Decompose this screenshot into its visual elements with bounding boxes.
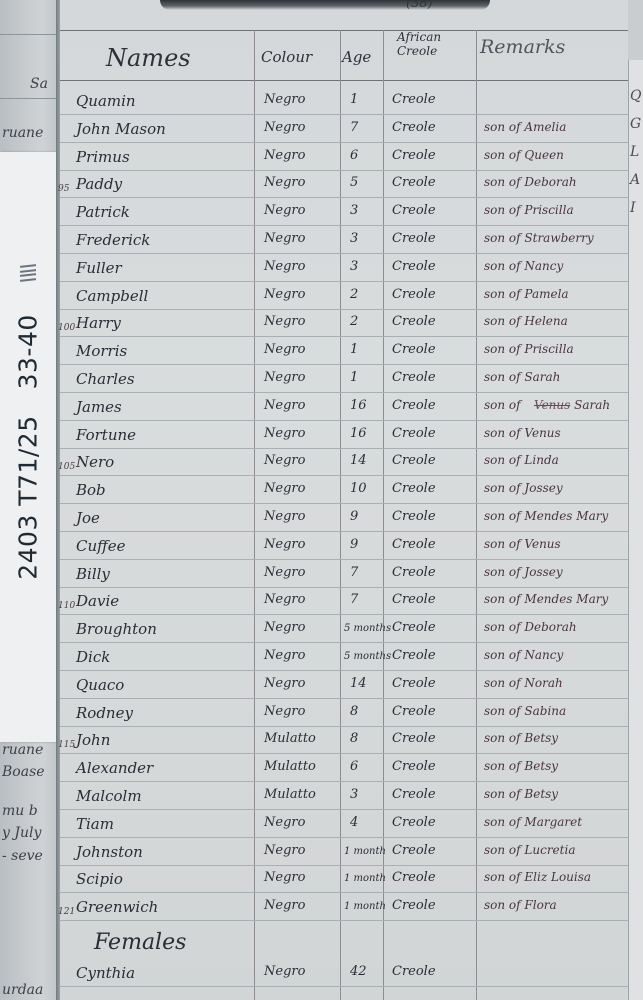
table-row: JohnstonNegro1 monthCreoleson of Lucreti… (60, 843, 628, 868)
table-row: 95PaddyNegro5Creoleson of Deborah (60, 175, 628, 200)
cell-remarks: son of Lucretia (484, 843, 575, 857)
cell-name: Quamin (76, 92, 136, 110)
cell-colour: Negro (264, 704, 305, 719)
cell-remarks: son of Eliz Louisa (484, 870, 591, 884)
cell-remarks: son of Nancy (484, 259, 563, 273)
cell-colour: Negro (264, 964, 305, 979)
cell-age: 3 (350, 231, 358, 246)
row-rule (60, 986, 628, 987)
section-heading-females: Females (94, 930, 186, 955)
table-row: DickNegro5 monthsCreoleson of Nancy (60, 648, 628, 673)
cell-remarks: son of Strawberry (484, 231, 594, 245)
table-row: CynthiaNegro42Creole (60, 964, 628, 989)
cell-name: Fortune (76, 426, 136, 444)
row-number: 110 (58, 601, 75, 611)
row-rule (60, 253, 628, 254)
cell-remarks: son of Pamela (484, 287, 569, 301)
table-row: PrimusNegro6Creoleson of Queen (60, 148, 628, 173)
cell-colour: Negro (264, 92, 305, 107)
cell-age: 1 month (344, 901, 386, 912)
cell-origin: Creole (392, 287, 436, 302)
cell-age: 14 (350, 676, 367, 691)
facing-right-page-edge: Q G L A I (628, 60, 643, 1000)
cell-age: 1 (350, 370, 358, 385)
cell-origin: Creole (392, 537, 436, 552)
row-rule (60, 726, 628, 727)
cell-origin: Creole (392, 426, 436, 441)
row-rule (60, 809, 628, 810)
row-rule (60, 170, 628, 171)
cell-colour: Negro (264, 592, 305, 607)
cell-remarks: son of Norah (484, 676, 563, 690)
cell-origin: Creole (392, 314, 436, 329)
cell-colour: Negro (264, 676, 305, 691)
header-colour: Colour (261, 48, 312, 66)
cell-colour: Negro (264, 370, 305, 385)
cell-origin: Creole (392, 964, 436, 979)
cell-colour: Negro (264, 481, 305, 496)
left-page-fragment: urdaa (2, 982, 56, 998)
cell-name: Malcolm (76, 787, 142, 805)
row-number: 95 (58, 184, 69, 194)
cell-name: Cuffee (76, 537, 126, 555)
cell-name: Quaco (76, 676, 124, 694)
cell-age: 5 (350, 175, 358, 190)
archive-reference-strip: 2403 T71/2533-40 (0, 152, 56, 742)
table-row: BillyNegro7Creoleson of Jossey (60, 565, 628, 590)
cell-name: Joe (76, 509, 100, 527)
tally-marks-icon (20, 262, 40, 283)
row-rule (60, 865, 628, 866)
cell-origin: Creole (392, 731, 436, 746)
cell-colour: Negro (264, 231, 305, 246)
cell-name: Harry (76, 314, 121, 332)
cell-name: Broughton (76, 620, 157, 638)
cell-origin: Creole (392, 704, 436, 719)
archive-reference-range: 33-40 (14, 314, 43, 389)
cell-colour: Negro (264, 870, 305, 885)
cell-origin: Creole (392, 398, 436, 413)
cell-name: Morris (76, 342, 127, 360)
cell-name: Dick (76, 648, 110, 666)
right-page-fragment: I (630, 200, 636, 216)
table-row: BobNegro10Creoleson of Jossey (60, 481, 628, 506)
cell-age: 6 (350, 759, 358, 774)
row-rule (60, 475, 628, 476)
table-row: FortuneNegro16Creoleson of Venus (60, 426, 628, 451)
cell-name: James (76, 398, 122, 416)
cell-age: 5 months (344, 623, 391, 634)
cell-remarks: son of Margaret (484, 815, 582, 829)
cell-age: 42 (350, 964, 367, 979)
cell-colour: Negro (264, 537, 305, 552)
row-rule (60, 448, 628, 449)
cell-origin: Creole (392, 648, 436, 663)
table-row: QuacoNegro14Creoleson of Norah (60, 676, 628, 701)
row-number: 115 (58, 740, 75, 750)
cell-name: Paddy (76, 175, 122, 193)
cell-colour: Negro (264, 342, 305, 357)
cell-age: 1 month (344, 873, 386, 884)
cell-origin: Creole (392, 203, 436, 218)
table-row: CharlesNegro1Creoleson of Sarah (60, 370, 628, 395)
cell-origin: Creole (392, 481, 436, 496)
row-rule (60, 753, 628, 754)
cell-name: Primus (76, 148, 130, 166)
row-rule (60, 559, 628, 560)
row-rule (60, 503, 628, 504)
row-rule (60, 114, 628, 115)
cell-colour: Mulatto (264, 731, 316, 746)
table-row: PatrickNegro3Creoleson of Priscilla (60, 203, 628, 228)
cell-origin: Creole (392, 843, 436, 858)
table-row: 115JohnMulatto8Creoleson of Betsy (60, 731, 628, 756)
row-rule (60, 837, 628, 838)
cell-age: 14 (350, 453, 367, 468)
row-rule (60, 920, 628, 921)
table-row: ScipioNegro1 monthCreoleson of Eliz Loui… (60, 870, 628, 895)
cell-colour: Negro (264, 426, 305, 441)
row-rule (60, 420, 628, 421)
cell-remarks: son of Mendes Mary (484, 509, 608, 523)
cell-name: Frederick (76, 231, 150, 249)
cell-age: 8 (350, 704, 358, 719)
row-number: 121 (58, 907, 75, 917)
cell-name: Davie (76, 592, 119, 610)
cell-name: Bob (76, 481, 106, 499)
table-row: MalcolmMulatto3Creoleson of Betsy (60, 787, 628, 812)
cell-origin: Creole (392, 231, 436, 246)
cell-colour: Mulatto (264, 787, 316, 802)
cell-age: 1 month (344, 846, 386, 857)
cell-name: Alexander (76, 759, 153, 777)
cell-remarks: son of Jossey (484, 481, 563, 495)
cell-name: Scipio (76, 870, 123, 888)
cell-remarks: son of Betsy (484, 731, 558, 745)
cell-remarks: son of Priscilla (484, 203, 574, 217)
cell-age: 4 (350, 815, 358, 830)
cell-colour: Negro (264, 648, 305, 663)
cell-remarks: son of Amelia (484, 120, 566, 134)
row-rule (60, 392, 628, 393)
right-page-fragment: A (630, 172, 640, 188)
register-page: (38) Names Colour Age African Creole Rem… (60, 0, 628, 1000)
cell-remarks: son of Queen (484, 148, 564, 162)
table-row: RodneyNegro8Creoleson of Sabina (60, 704, 628, 729)
cell-origin: Creole (392, 120, 436, 135)
cell-remarks: son of Priscilla (484, 342, 574, 356)
cell-colour: Negro (264, 175, 305, 190)
cell-age: 2 (350, 314, 358, 329)
cell-origin: Creole (392, 815, 436, 830)
row-rule (60, 309, 628, 310)
cell-name: Rodney (76, 704, 133, 722)
row-rule (60, 364, 628, 365)
cell-remarks: son of Linda (484, 453, 559, 467)
table-row: AlexanderMulatto6Creoleson of Betsy (60, 759, 628, 784)
cell-origin: Creole (392, 148, 436, 163)
row-rule (60, 336, 628, 337)
table-row: TiamNegro4Creoleson of Margaret (60, 815, 628, 840)
row-number: 105 (58, 462, 75, 472)
cell-name: Charles (76, 370, 135, 388)
cell-age: 1 (350, 92, 358, 107)
struck-remark: Venus (534, 398, 570, 412)
cell-colour: Negro (264, 148, 305, 163)
cell-remarks: son of Helena (484, 314, 568, 328)
cell-colour: Negro (264, 287, 305, 302)
table-row: 100HarryNegro2Creoleson of Helena (60, 314, 628, 339)
cell-age: 7 (350, 565, 358, 580)
cell-remarks: son of (484, 398, 521, 412)
cell-name: Fuller (76, 259, 122, 277)
cell-name: Patrick (76, 203, 130, 221)
cell-remarks: son of Venus (484, 537, 561, 551)
header-african-creole: African Creole (397, 30, 467, 58)
cell-origin: Creole (392, 565, 436, 580)
cell-colour: Negro (264, 898, 305, 913)
cell-remarks: son of Sarah (484, 370, 560, 384)
cell-origin: Creole (392, 676, 436, 691)
cell-colour: Negro (264, 509, 305, 524)
table-row: FullerNegro3Creoleson of Nancy (60, 259, 628, 284)
cell-origin: Creole (392, 453, 436, 468)
row-rule (60, 197, 628, 198)
left-page-fragment: y July (2, 825, 56, 841)
left-page-fragment: mu b (2, 803, 56, 819)
cell-remarks: son of Sabina (484, 704, 566, 718)
cell-colour: Negro (264, 203, 305, 218)
cell-age: 7 (350, 120, 358, 135)
cell-origin: Creole (392, 92, 436, 107)
header-remarks: Remarks (480, 36, 565, 58)
cell-age: 7 (350, 592, 358, 607)
row-rule (60, 698, 628, 699)
cell-name: Tiam (76, 815, 114, 833)
cell-remarks: son of Deborah (484, 620, 577, 634)
table-row: John MasonNegro7Creoleson of Amelia (60, 120, 628, 145)
cell-colour: Negro (264, 314, 305, 329)
right-page-fragment: Q (630, 88, 641, 104)
table-row: MorrisNegro1Creoleson of Priscilla (60, 342, 628, 367)
cell-age: 3 (350, 203, 358, 218)
right-page-fragment: G (630, 116, 641, 132)
archive-reference: 2403 T71/2533-40 (14, 314, 43, 580)
page-top-shadow (160, 0, 490, 10)
cell-age: 10 (350, 481, 367, 496)
cell-colour: Negro (264, 120, 305, 135)
cell-age: 9 (350, 537, 358, 552)
cell-colour: Negro (264, 565, 305, 580)
table-row: CuffeeNegro9Creoleson of Venus (60, 537, 628, 562)
cell-remarks: son of Betsy (484, 759, 558, 773)
cell-colour: Negro (264, 398, 305, 413)
row-rule (60, 614, 628, 615)
cell-origin: Creole (392, 759, 436, 774)
cell-origin: Creole (392, 787, 436, 802)
cell-colour: Negro (264, 843, 305, 858)
header-age: Age (342, 48, 371, 66)
cell-age: 2 (350, 287, 358, 302)
cell-remarks: son of Deborah (484, 175, 577, 189)
row-rule (60, 892, 628, 893)
corrected-remark: Sarah (574, 398, 610, 412)
row-rule (60, 670, 628, 671)
cell-age: 5 months (344, 651, 391, 662)
cell-colour: Negro (264, 815, 305, 830)
cell-colour: Negro (264, 620, 305, 635)
archive-reference-code: 2403 T71/25 (14, 415, 43, 579)
cell-name: John Mason (76, 120, 166, 138)
row-rule (60, 225, 628, 226)
cell-remarks: son of Jossey (484, 565, 563, 579)
cell-remarks: son of Betsy (484, 787, 558, 801)
cell-age: 1 (350, 342, 358, 357)
cell-origin: Creole (392, 259, 436, 274)
cell-colour: Negro (264, 259, 305, 274)
table-row: 121GreenwichNegro1 monthCreoleson of Flo… (60, 898, 628, 923)
header-names: Names (106, 44, 191, 72)
table-row: 105NeroNegro14Creoleson of Linda (60, 453, 628, 478)
row-rule (60, 642, 628, 643)
table-row: JamesNegro16Creoleson ofVenus Sarah (60, 398, 628, 423)
page-number: (38) (406, 0, 433, 11)
left-page-fragment: ruane (2, 125, 56, 141)
cell-age: 3 (350, 259, 358, 274)
cell-name: Cynthia (76, 964, 135, 982)
cell-colour: Mulatto (264, 759, 316, 774)
row-number: 100 (58, 323, 75, 333)
table-row: BroughtonNegro5 monthsCreoleson of Debor… (60, 620, 628, 645)
cell-age: 6 (350, 148, 358, 163)
right-page-fragment: L (630, 144, 639, 160)
row-rule (60, 281, 628, 282)
cell-origin: Creole (392, 370, 436, 385)
cell-name: Greenwich (76, 898, 158, 916)
left-page-fragment: ruane (2, 742, 56, 758)
cell-name: Billy (76, 565, 110, 583)
cell-colour: Negro (264, 453, 305, 468)
cell-age: 9 (350, 509, 358, 524)
cell-origin: Creole (392, 509, 436, 524)
cell-origin: Creole (392, 342, 436, 357)
cell-remarks: son of Venus (484, 426, 561, 440)
cell-age: 16 (350, 426, 367, 441)
row-rule (60, 781, 628, 782)
table-row: QuaminNegro1Creole (60, 92, 628, 117)
cell-age: 8 (350, 731, 358, 746)
table-row: FrederickNegro3Creoleson of Strawberry (60, 231, 628, 256)
row-rule (60, 531, 628, 532)
cell-name: Johnston (76, 843, 143, 861)
cell-origin: Creole (392, 592, 436, 607)
cell-age: 3 (350, 787, 358, 802)
left-page-fragment: Boase (2, 764, 56, 780)
table-row: CampbellNegro2Creoleson of Pamela (60, 287, 628, 312)
cell-age: 16 (350, 398, 367, 413)
cell-remarks: son of Flora (484, 898, 557, 912)
cell-remarks: son of Nancy (484, 648, 563, 662)
cell-name: John (76, 731, 110, 749)
cell-name: Campbell (76, 287, 148, 305)
left-page-fragment: - seve (2, 848, 56, 864)
table-row: JoeNegro9Creoleson of Mendes Mary (60, 509, 628, 534)
cell-origin: Creole (392, 898, 436, 913)
cell-origin: Creole (392, 870, 436, 885)
row-rule (60, 587, 628, 588)
row-rule (60, 142, 628, 143)
remark-correction: Venus Sarah (534, 398, 610, 412)
cell-name: Nero (76, 453, 114, 471)
table-row: 110DavieNegro7Creoleson of Mendes Mary (60, 592, 628, 617)
cell-remarks: son of Mendes Mary (484, 592, 608, 606)
cell-origin: Creole (392, 175, 436, 190)
cell-origin: Creole (392, 620, 436, 635)
